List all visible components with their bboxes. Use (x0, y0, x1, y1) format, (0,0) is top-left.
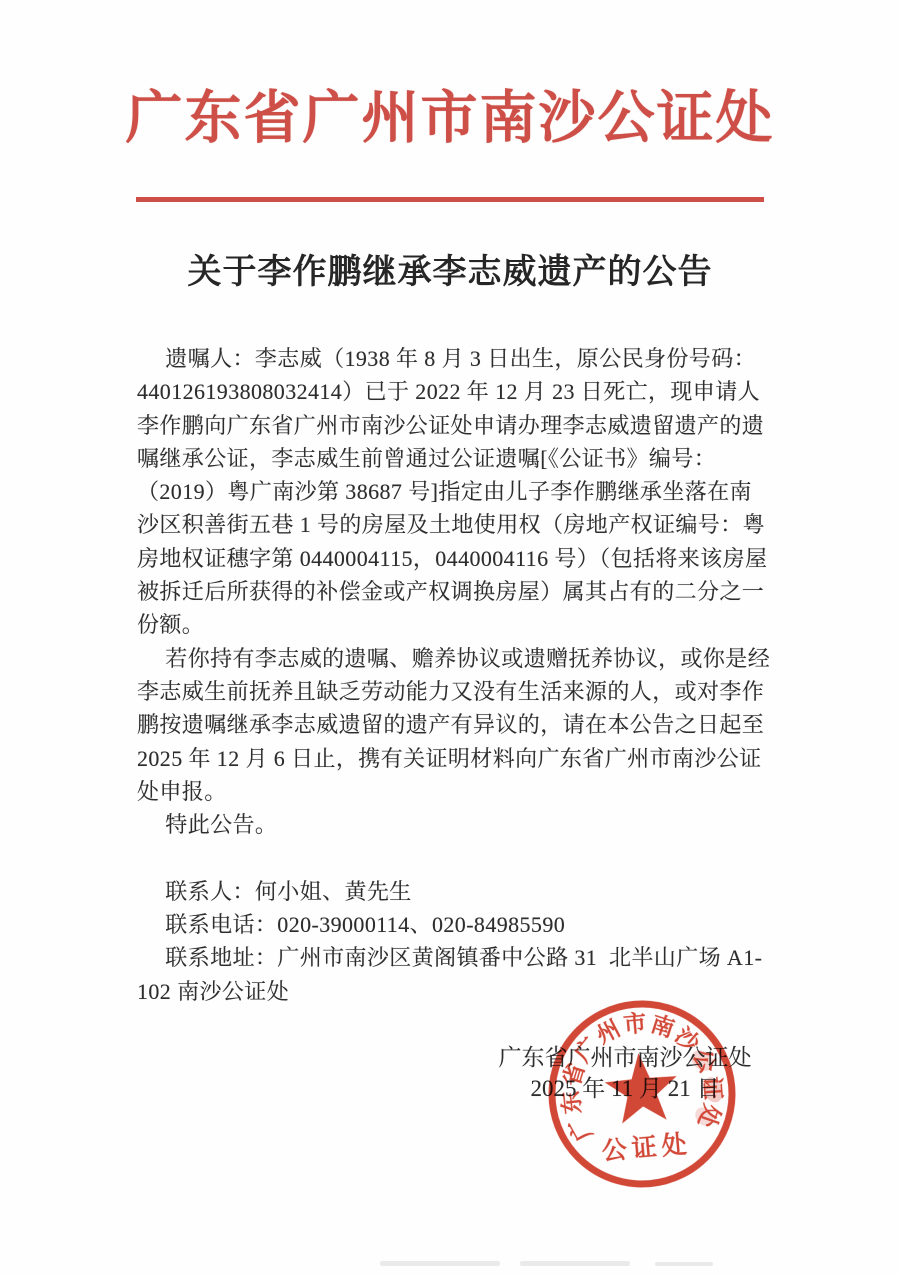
text-line: 份额。 (137, 608, 777, 641)
text-line: 遗嘱人：李志威（1938 年 8 月 3 日出生，原公民身份号码： (137, 342, 777, 375)
text-line: 沙区积善街五巷 1 号的房屋及土地使用权（房地产权证编号：粤 (137, 508, 777, 541)
star-icon (602, 1050, 680, 1125)
text-line: 被拆迁后所获得的补偿金或产权调换房屋）属其占有的二分之一 (137, 575, 777, 608)
text-line: 处申报。 (137, 775, 777, 808)
letterhead-divider-rule (136, 197, 764, 202)
text-line: 特此公告。 (137, 808, 777, 841)
contact-info: 联系人：何小姐、黄先生 联系电话：020-39000114、020-849855… (137, 875, 777, 1008)
scan-artifact (380, 1261, 500, 1266)
paragraph-testator-info: 遗嘱人：李志威（1938 年 8 月 3 日出生，原公民身份号码：4401261… (137, 342, 777, 642)
notice-title: 关于李作鹏继承李志威遗产的公告 (0, 244, 900, 293)
notice-document-page: 广东省广州市南沙公证处 关于李作鹏继承李志威遗产的公告 遗嘱人：李志威（1938… (0, 0, 900, 1274)
text-line: 联系人：何小姐、黄先生 (137, 875, 777, 908)
notice-body: 遗嘱人：李志威（1938 年 8 月 3 日出生，原公民身份号码：4401261… (137, 342, 777, 1008)
text-line: 2025 年 12 月 6 日止，携有关证明材料向广东省广州市南沙公证 (137, 742, 777, 775)
scan-artifact (520, 1261, 630, 1266)
text-line: 440126193808032414）已于 2022 年 12 月 23 日死亡… (137, 375, 777, 408)
text-line: 联系地址：广州市南沙区黄阁镇番中公路 31 北半山广场 A1- (137, 941, 777, 974)
scan-artifact (655, 1262, 713, 1266)
text-line: 李作鹏向广东省广州市南沙公证处申请办理李志威遗留遗产的遗 (137, 409, 777, 442)
paragraph-objection-notice: 若你持有李志威的遗嘱、赡养协议或遗赠抚养协议，或你是经李志威生前抚养且缺乏劳动能… (137, 642, 777, 808)
paragraph-closing: 特此公告。 (137, 808, 777, 841)
seal-bottom-text: 公证处 (601, 1130, 693, 1166)
text-line: 若你持有李志威的遗嘱、赡养协议或遗赠抚养协议，或你是经 (137, 642, 777, 675)
text-line: 房地权证穗字第 0440004115，0440004116 号）（包括将来该房屋 (137, 542, 777, 575)
letterhead-org-name: 广东省广州市南沙公证处 (0, 72, 900, 154)
text-line: 鹏按遗嘱继承李志威遗留的遗产有异议的，请在本公告之日起至 (137, 708, 777, 741)
text-line: （2019）粤广南沙第 38687 号]指定由儿子李作鹏继承坐落在南 (137, 475, 777, 508)
text-line: 联系电话：020-39000114、020-84985590 (137, 908, 777, 941)
text-line: 李志威生前抚养且缺乏劳动能力又没有生活来源的人，或对李作 (137, 675, 777, 708)
official-seal: 广东省广州市南沙公证处 公证处 (534, 986, 751, 1203)
text-line: 嘱继承公证，李志威生前曾通过公证遗嘱[《公证书》编号： (137, 442, 777, 475)
